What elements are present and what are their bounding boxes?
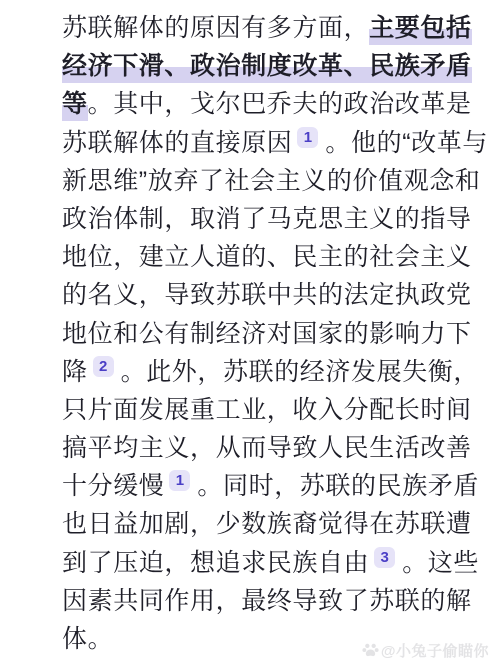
text-line: 的名义，导致苏联中共的法定执政党 bbox=[62, 276, 500, 314]
article-text: 苏联解体的原因有多方面，主要包括经济下滑、政治制度改革、民族矛盾等。其中，戈尔巴… bbox=[62, 9, 500, 658]
text-segment: 政治体制，取消了马克思主义的指导 bbox=[62, 205, 472, 233]
text-line: 也日益加剧，少数族裔觉得在苏联遭 bbox=[62, 505, 500, 543]
text-segment: 。同时，苏联的民族矛盾 bbox=[197, 472, 479, 500]
citation-badge[interactable]: 1 bbox=[169, 470, 190, 491]
text-segment: 降 bbox=[62, 358, 88, 386]
text-segment: 。其中，戈尔巴乔夫的政治改革是 bbox=[88, 90, 472, 118]
text-segment: 。这些 bbox=[402, 549, 479, 577]
text-line: 搞平均主义，从而导致人民生活改善 bbox=[62, 429, 500, 467]
text-segment: 只片面发展重工业，收入分配长时间 bbox=[62, 396, 472, 424]
text-segment: 体。 bbox=[62, 625, 113, 653]
highlighted-text: 等 bbox=[62, 90, 88, 121]
citation-badge[interactable]: 3 bbox=[374, 547, 395, 568]
text-segment: 苏联解体的原因有多方面， bbox=[62, 14, 369, 42]
text-segment: 新思维”放弃了社会主义的价值观念和 bbox=[62, 167, 481, 195]
text-line: 新思维”放弃了社会主义的价值观念和 bbox=[62, 162, 500, 200]
text-line: 政治体制，取消了马克思主义的指导 bbox=[62, 200, 500, 238]
text-segment: 因素共同作用，最终导致了苏联的解 bbox=[62, 587, 472, 615]
text-line: 等。其中，戈尔巴乔夫的政治改革是 bbox=[62, 85, 500, 123]
text-line: 地位和公有制经济对国家的影响力下 bbox=[62, 315, 500, 353]
citation-badge[interactable]: 1 bbox=[297, 127, 318, 148]
text-segment: 十分缓慢 bbox=[62, 472, 164, 500]
citation-badge[interactable]: 2 bbox=[93, 356, 114, 377]
text-segment: 地位，建立人道的、民主的社会主义 bbox=[62, 243, 472, 271]
text-line: 苏联解体的直接原因1。他的“改革与 bbox=[62, 124, 500, 162]
watermark: @小兔子偷瞄你 bbox=[362, 640, 489, 661]
text-segment: 苏联解体的直接原因 bbox=[62, 129, 292, 157]
highlighted-text: 经济下滑、政治制度改革、民族矛盾 bbox=[62, 52, 472, 83]
text-segment: 。他的“改革与 bbox=[325, 129, 488, 157]
text-line: 降2。此外，苏联的经济发展失衡， bbox=[62, 353, 500, 391]
text-line: 只片面发展重工业，收入分配长时间 bbox=[62, 391, 500, 429]
text-segment: 搞平均主义，从而导致人民生活改善 bbox=[62, 434, 472, 462]
text-line: 因素共同作用，最终导致了苏联的解 bbox=[62, 582, 500, 620]
paw-icon bbox=[362, 642, 379, 659]
text-segment: 到了压迫，想追求民族自由 bbox=[62, 549, 369, 577]
text-line: 经济下滑、政治制度改革、民族矛盾 bbox=[62, 47, 500, 85]
text-segment: 地位和公有制经济对国家的影响力下 bbox=[62, 320, 472, 348]
text-segment: 的名义，导致苏联中共的法定执政党 bbox=[62, 281, 472, 309]
text-line: 到了压迫，想追求民族自由3。这些 bbox=[62, 544, 500, 582]
text-segment: 。此外，苏联的经济发展失衡， bbox=[121, 358, 479, 386]
text-line: 十分缓慢1。同时，苏联的民族矛盾 bbox=[62, 467, 500, 505]
text-segment: 也日益加剧，少数族裔觉得在苏联遭 bbox=[62, 510, 472, 538]
watermark-text: @小兔子偷瞄你 bbox=[381, 640, 489, 661]
text-line: 地位，建立人道的、民主的社会主义 bbox=[62, 238, 500, 276]
highlighted-text: 主要包括 bbox=[369, 14, 471, 45]
text-line: 苏联解体的原因有多方面，主要包括 bbox=[62, 9, 500, 47]
article-page: 苏联解体的原因有多方面，主要包括经济下滑、政治制度改革、民族矛盾等。其中，戈尔巴… bbox=[0, 0, 500, 667]
